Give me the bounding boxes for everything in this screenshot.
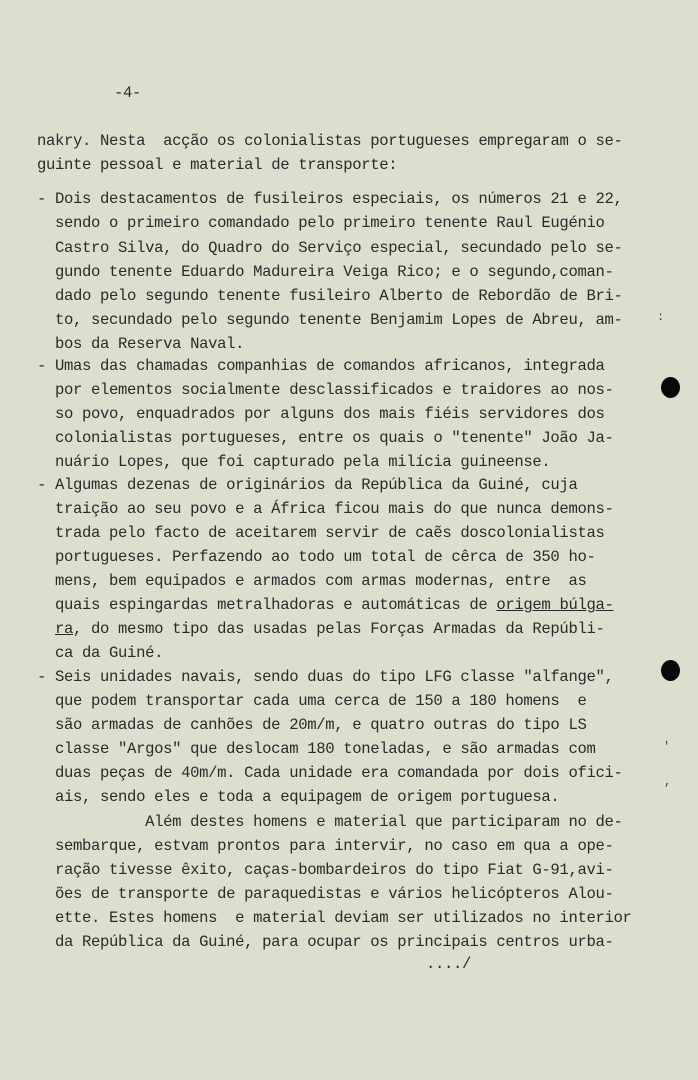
- paragraph-line: sembarque, estvam prontos para intervir,…: [55, 836, 613, 856]
- list-item-line: Dois destacamentos de fusileiros especia…: [55, 189, 623, 209]
- scan-speck: ,: [664, 775, 671, 789]
- list-bullet: -: [37, 189, 46, 209]
- list-item-line: dado pelo segundo tenente fusileiro Albe…: [55, 286, 623, 306]
- scan-speck: ': [663, 740, 670, 754]
- list-item-line: mens, bem equipados e armados com armas …: [55, 571, 586, 591]
- paragraph-line: Além destes homens e material que partic…: [55, 812, 623, 832]
- text-run: , do mesmo tipo das usadas pelas Forças …: [73, 620, 604, 638]
- list-item-line: Umas das chamadas companhias de comandos…: [55, 356, 604, 376]
- list-item-line: portugueses. Perfazendo ao todo um total…: [55, 547, 595, 567]
- list-item-line: Seis unidades navais, sendo duas do tipo…: [55, 667, 613, 687]
- paragraph-line: ões de transporte de paraquedistas e vár…: [55, 884, 613, 904]
- list-item-line: ais, sendo eles e toda a equipagem de or…: [55, 787, 559, 807]
- list-item-line: sendo o primeiro comandado pelo primeiro…: [55, 213, 604, 233]
- list-item-line: classe "Argos" que deslocam 180 tonelada…: [55, 739, 595, 759]
- list-item-line: ra, do mesmo tipo das usadas pelas Força…: [55, 619, 604, 639]
- list-item-line: quais espingardas metralhadoras e automá…: [55, 595, 614, 615]
- list-item-line: Castro Silva, do Quadro do Serviço espec…: [55, 238, 623, 258]
- list-bullet: -: [37, 356, 46, 376]
- list-item-line: duas peças de 40m/m. Cada unidade era co…: [55, 763, 623, 783]
- list-item-line: Algumas dezenas de originários da Repúbl…: [55, 475, 577, 495]
- intro-line: guinte pessoal e material de transporte:: [37, 155, 397, 175]
- document-page: -4- nakry. Nesta acção os colonialistas …: [0, 0, 698, 1080]
- punch-hole-icon: [661, 660, 680, 681]
- punch-hole-icon: [661, 377, 680, 398]
- paragraph-line: da República da Guiné, para ocupar os pr…: [55, 932, 613, 952]
- list-item-line: to, secundado pelo segundo tenente Benja…: [55, 310, 623, 330]
- list-item-line: que podem transportar cada uma cerca de …: [55, 691, 586, 711]
- list-item-line: bos da Reserva Naval.: [55, 334, 244, 354]
- list-item-line: gundo tenente Eduardo Madureira Veiga Ri…: [55, 262, 613, 282]
- page-number: -4-: [114, 84, 141, 102]
- list-bullet: -: [37, 667, 46, 687]
- list-item-line: colonialistas portugueses, entre os quai…: [55, 428, 613, 448]
- underlined-text: origem búlga-: [496, 596, 613, 614]
- continuation-mark: ..../: [426, 954, 471, 974]
- intro-line: nakry. Nesta acção os colonialistas port…: [37, 131, 623, 151]
- list-item-line: ca da Guiné.: [55, 643, 163, 663]
- list-item-line: por elementos socialmente desclassificad…: [55, 380, 613, 400]
- list-item-line: trada pelo facto de aceitarem servir de …: [55, 523, 604, 543]
- scan-speck: :: [657, 310, 664, 324]
- paragraph-line: ração tivesse êxito, caças-bombardeiros …: [55, 860, 613, 880]
- list-bullet: -: [37, 475, 46, 495]
- list-item-line: so povo, enquadrados por alguns dos mais…: [55, 404, 604, 424]
- text-run: quais espingardas metralhadoras e automá…: [55, 596, 496, 614]
- list-item-line: são armadas de canhões de 20m/m, e quatr…: [55, 715, 586, 735]
- list-item-line: traição ao seu povo e a África ficou mai…: [55, 499, 613, 519]
- paragraph-line: ette. Estes homens e material deviam ser…: [55, 908, 632, 928]
- underlined-text: ra: [55, 620, 73, 638]
- list-item-line: nuário Lopes, que foi capturado pela mil…: [55, 452, 550, 472]
